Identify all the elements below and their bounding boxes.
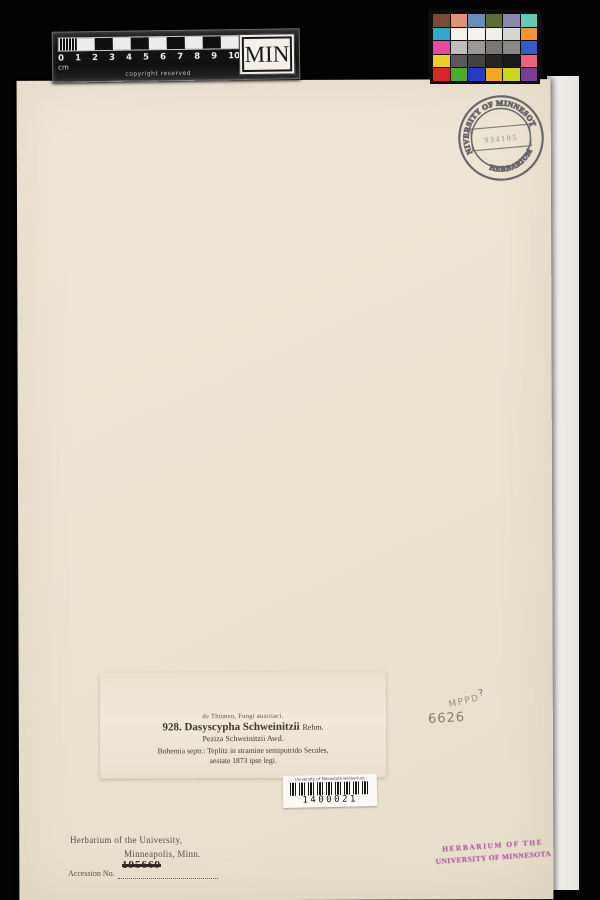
ruler-tick-number: 7	[177, 52, 183, 62]
label-species-line: 928. Dasyscypha Schweinitzii Rehm.	[100, 720, 386, 733]
color-patch	[521, 68, 538, 81]
color-patch	[468, 41, 485, 54]
ruler-cm-block	[203, 36, 221, 48]
label-species-name: Dasyscypha Schweinitzii	[184, 721, 299, 734]
color-patch	[486, 14, 503, 27]
ruler-cm-block	[149, 37, 167, 49]
color-patch	[451, 68, 468, 81]
ruler-tick-number: 8	[194, 52, 200, 62]
color-patch	[433, 14, 450, 27]
color-patch	[468, 68, 485, 81]
barcode-label: University of Minnesota Herbarium 140002…	[283, 774, 378, 808]
color-patch	[468, 55, 485, 68]
color-patch	[521, 28, 538, 41]
ruler-cm-block	[59, 38, 77, 50]
specimen-photo: 012345678910 cm copyright reserved MIN U…	[0, 0, 600, 900]
color-calibration-card	[430, 11, 540, 84]
scale-ruler: 012345678910 cm copyright reserved MIN	[52, 28, 301, 82]
color-patch	[433, 68, 450, 81]
ruler-scale-blocks	[58, 35, 240, 52]
svg-text:HERBARIUM: HERBARIUM	[486, 145, 538, 181]
ruler-tick-number: 3	[109, 53, 115, 63]
color-patch	[433, 28, 450, 41]
label-synonym-line: Peziza Schweinitzii Awd.	[100, 733, 386, 743]
accession-number-label: Accession No.	[68, 869, 115, 878]
ruler-tick-number: 6	[160, 52, 166, 62]
color-patch	[503, 55, 520, 68]
ruler-cm-block	[221, 36, 239, 48]
ruler-cm-block	[185, 37, 203, 49]
color-patch	[503, 14, 520, 27]
ruler-unit-label: cm	[58, 63, 69, 71]
color-patch	[451, 14, 468, 27]
ruler-cm-block	[131, 37, 149, 49]
color-patch	[433, 55, 450, 68]
label-collection-line: aestate 1873 ipse legi.	[100, 755, 386, 765]
stamp-center-number: 934105	[484, 133, 518, 145]
institution-code-label: MIN	[244, 41, 289, 68]
accession-stamp-line1: Herbarium of the University,	[70, 835, 182, 845]
ruler-tick-number: 1	[75, 53, 81, 63]
ruler-tick-number: 9	[211, 51, 217, 61]
color-card-grid	[433, 14, 537, 81]
color-patch	[468, 14, 485, 27]
ruler-scale: 012345678910	[58, 35, 240, 64]
ruler-tick-number: 0	[58, 54, 64, 64]
color-patch	[451, 41, 468, 54]
accession-stamp-line2: Minneapolis, Minn.	[124, 849, 201, 859]
institution-code-box: MIN	[239, 33, 296, 75]
color-patch	[433, 41, 450, 54]
ruler-tick-number: 5	[143, 52, 149, 62]
color-patch	[451, 55, 468, 68]
color-patch	[503, 41, 520, 54]
label-author: Rehm.	[302, 723, 323, 732]
accession-dotted-line	[118, 870, 218, 879]
institution-code-frame: MIN	[242, 36, 292, 72]
ruler-cm-block	[77, 38, 95, 50]
ruler-copyright-text: copyright reserved	[83, 69, 233, 78]
specimen-label: de Thümen, Fungi austriaci. 928. Dasyscy…	[100, 671, 387, 778]
ruler-tick-number: 2	[92, 53, 98, 63]
stamp-arc-bottom-text: HERBARIUM	[486, 145, 538, 181]
label-series-line: de Thümen, Fungi austriaci.	[100, 712, 386, 720]
label-locality-line: Bohemia septr.: Teplitz in stramine semi…	[100, 745, 386, 755]
ruler-numbers: 012345678910	[58, 51, 240, 64]
color-patch	[521, 14, 538, 27]
color-patch	[486, 28, 503, 41]
label-number: 928.	[162, 721, 181, 733]
color-patch	[503, 28, 520, 41]
color-patch	[468, 28, 485, 41]
ruler-tick-number: 4	[126, 53, 132, 63]
color-patch	[486, 55, 503, 68]
color-patch	[521, 41, 538, 54]
color-patch	[521, 55, 538, 68]
color-patch	[486, 68, 503, 81]
herbarium-round-stamp: UNIVERSITY OF MINNESOTA HERBARIUM 934105	[446, 84, 556, 192]
color-patch	[486, 41, 503, 54]
ruler-cm-block	[95, 38, 113, 50]
pencil-accession-number: 6626	[428, 710, 466, 727]
color-patch	[503, 68, 520, 81]
color-patch	[451, 28, 468, 41]
barcode-number: 1400021	[283, 794, 377, 806]
ruler-cm-block	[167, 37, 185, 49]
ruler-cm-block	[113, 38, 131, 50]
